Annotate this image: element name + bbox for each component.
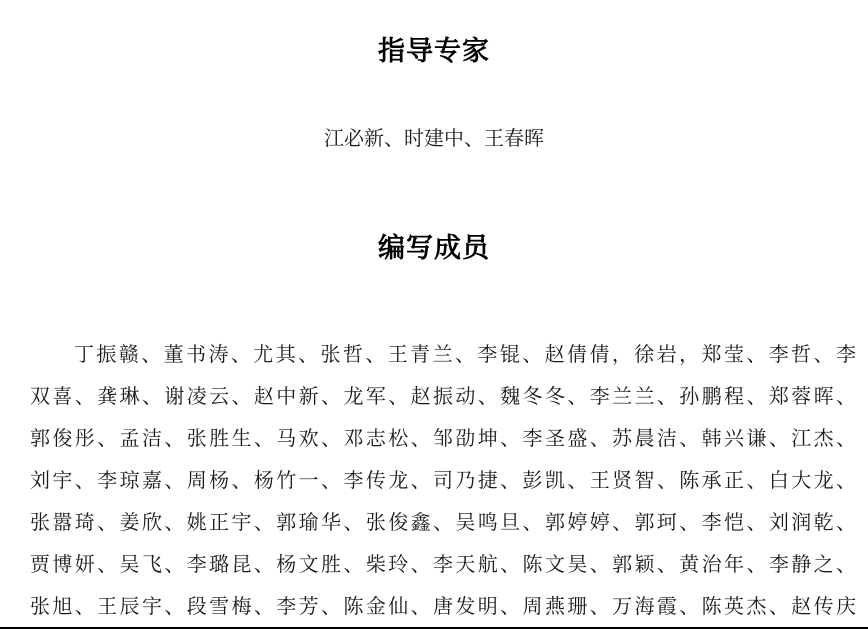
section-title-experts: 指导专家 xyxy=(0,35,868,69)
members-line: 张旭、王辰宇、段雪梅、李芳、陈金仙、唐发明、周燕珊、万海霞、陈英杰、赵传庆 xyxy=(30,585,856,627)
members-line: 贾博妍、吴飞、李璐昆、杨文胜、柴玲、李天航、陈文昊、郭颖、黄治年、李静之、 xyxy=(30,543,856,585)
experts-names: 江必新、时建中、王春晖 xyxy=(0,124,868,152)
members-line: 丁振赣、董书涛、尤其、张哲、王青兰、李锟、赵倩倩，徐岩，郑莹、李哲、李 xyxy=(30,333,856,375)
members-line: 刘宇、李琼嘉、周杨、杨竹一、李传龙、司乃捷、彭凯、王贤智、陈承正、白大龙、 xyxy=(30,459,856,501)
members-line: 双喜、龚琳、谢凌云、赵中新、龙军、赵振动、魏冬冬、李兰兰、孙鹏程、郑蓉晖、 xyxy=(30,375,856,417)
members-line: 郭俊彤、孟洁、张胜生、马欢、邓志松、邹劭坤、李圣盛、苏晨洁、韩兴谦、江杰、 xyxy=(30,417,856,459)
members-paragraph: 丁振赣、董书涛、尤其、张哲、王青兰、李锟、赵倩倩，徐岩，郑莹、李哲、李 双喜、龚… xyxy=(30,333,856,627)
members-line: 张嚣琦、姜欣、姚正宇、郭瑜华、张俊鑫、吴鸣旦、郭婷婷、郭珂、李恺、刘润乾、 xyxy=(30,501,856,543)
section-title-members: 编写成员 xyxy=(0,232,868,266)
